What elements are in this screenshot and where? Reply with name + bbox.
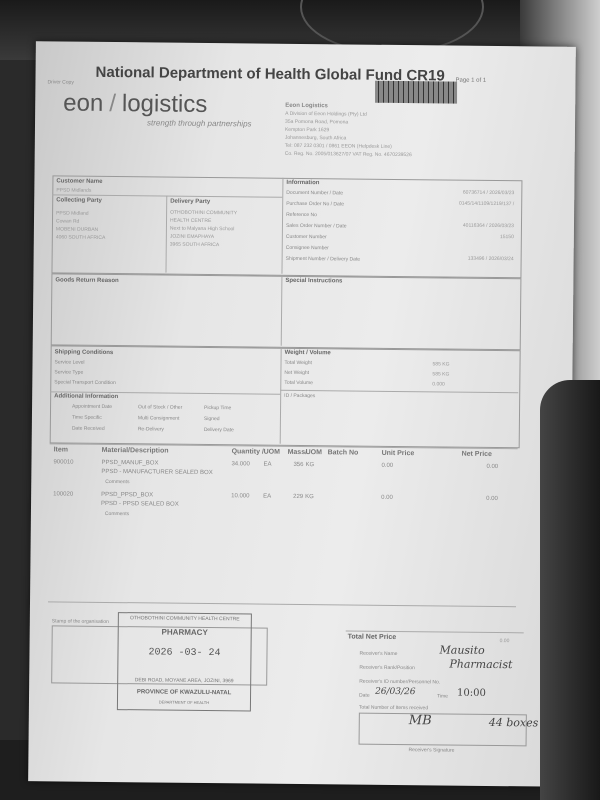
- column-header: UOM: [264, 449, 280, 456]
- column-header: Batch No: [328, 449, 359, 456]
- table-cell: PPSD_MANUF_BOX: [101, 460, 158, 467]
- net-weight: 585 KG: [432, 371, 449, 377]
- hand-holding-paper: [540, 380, 600, 800]
- additional-info-field: Multi Consignment: [138, 415, 179, 421]
- receiver-signature: MB: [409, 713, 432, 728]
- page-number: Page 1 of 1: [455, 78, 486, 84]
- pharmacy-stamp: OTHOBOTHINI COMMUNITY HEALTH CENTRE PHAR…: [117, 612, 252, 711]
- column-header: UOM: [306, 449, 322, 456]
- table-cell: 34.000: [231, 461, 249, 467]
- company-logo: eon/logistics: [63, 89, 207, 119]
- table-cell: 0.00: [381, 495, 393, 501]
- info-row-label: Customer Number: [286, 234, 327, 240]
- date-label: Date: [359, 693, 370, 699]
- receipt-time: 10:00: [457, 688, 486, 699]
- receiver-name-label: Receiver's Name: [359, 651, 397, 657]
- signature-label: Receiver's Signature: [408, 747, 454, 753]
- column-header: Mass/: [288, 449, 308, 456]
- logo-left: eon: [63, 89, 103, 116]
- total-items-label: Total Number of Items received: [359, 705, 428, 712]
- info-row-value: 60736714 / 2026/03/23: [414, 189, 514, 196]
- customer-name-label: Customer Name: [56, 178, 102, 184]
- table-cell: 0.00: [486, 496, 498, 502]
- additional-info-field: Pickup Time: [204, 405, 231, 411]
- additional-info-field: Re-Delivery: [138, 426, 164, 432]
- total-volume-label: Total Volume: [284, 380, 313, 386]
- collecting-party-label: Collecting Party: [56, 197, 102, 203]
- transport-condition-label: Special Transport Condition: [54, 379, 115, 386]
- table-cell: KG: [305, 462, 314, 468]
- info-row-value: 0145/14/1109/1219/137 /: [414, 200, 514, 207]
- total-items: 44 boxes: [489, 716, 539, 730]
- table-cell: 100020: [53, 491, 73, 497]
- table-cell: PPSD_PPSD_BOX: [101, 492, 153, 499]
- receipt-date: 26/03/26: [375, 687, 416, 697]
- total-weight: 585 KG: [432, 361, 449, 367]
- info-row-label: Consignee Number: [286, 245, 329, 251]
- column-header: Item: [54, 446, 68, 453]
- additional-info-label: Additional Information: [54, 393, 118, 400]
- net-weight-label: Net Weight: [284, 370, 309, 376]
- collecting-party-address: PPSD MidlandCowan RdMOBENI DURBAN4060 SO…: [56, 209, 106, 242]
- total-volume: 0.000: [432, 381, 445, 387]
- customer-name: PPSD Midlands: [56, 187, 91, 193]
- receiver-id-label: Receiver's ID number/Personnel No.: [359, 679, 440, 686]
- goods-return-block: [51, 273, 522, 350]
- service-type-label: Service Type: [54, 369, 83, 375]
- table-cell: KG: [305, 494, 314, 500]
- table-cell: 900010: [53, 459, 73, 465]
- receiver-rank: Pharmacist: [449, 658, 512, 672]
- column-header: Material/Description: [102, 447, 169, 455]
- column-header: Quantity /: [232, 448, 264, 455]
- receiver-name: Mausito: [439, 643, 484, 656]
- barcode: [375, 81, 457, 104]
- delivery-party-address: OTHOBOTHINI COMMUNITYHEALTH CENTRENext t…: [170, 209, 237, 250]
- logo-right: logistics: [122, 90, 208, 118]
- stamp-label: Stamp of the organisation: [52, 618, 109, 625]
- packages-label: ID / Packages: [284, 393, 315, 399]
- info-row-label: Document Number / Date: [286, 190, 343, 197]
- delivery-note: Driver Copy National Department of Healt…: [28, 41, 576, 787]
- table-cell: 0.00: [486, 464, 498, 470]
- address-line: Co. Reg. No. 2005/013627/07 VAT Reg. No.…: [285, 150, 412, 159]
- column-header: Unit Price: [382, 450, 415, 457]
- info-row-label: Sales Order Number / Date: [286, 223, 347, 230]
- total-net-price-label: Total Net Price: [348, 633, 397, 641]
- delivery-party-label: Delivery Party: [170, 199, 210, 205]
- info-row-value: 133496 / 2026/03/24: [414, 255, 514, 262]
- additional-info-field: Signed: [204, 416, 220, 422]
- info-row-label: Reference No: [286, 212, 317, 218]
- table-cell: EA: [263, 494, 271, 500]
- additional-info-field: Delivery Date: [204, 427, 234, 433]
- table-cell: 10.000: [231, 493, 249, 499]
- weight-volume-label: Weight / Volume: [285, 350, 331, 356]
- time-label: Time: [437, 693, 448, 699]
- item-comments: Comments: [105, 511, 129, 517]
- company-address: Eeon Logistics A Division of Eeon Holdin…: [285, 102, 413, 159]
- item-description: PPSD - MANUFACTURER SEALED BOX: [101, 469, 212, 476]
- table-cell: 229: [293, 494, 303, 500]
- column-header: Net Price: [462, 451, 492, 458]
- table-cell: 356: [293, 462, 303, 468]
- service-level-label: Service Level: [54, 359, 84, 365]
- total-weight-label: Total Weight: [285, 360, 312, 366]
- info-row-label: Shipment Number / Delivery Date: [286, 256, 361, 263]
- item-comments: Comments: [105, 479, 129, 485]
- item-description: PPSD - PPSD SEALED BOX: [101, 501, 179, 508]
- logo-tagline: strength through partnerships: [147, 118, 252, 128]
- additional-info-field: Time Specific: [72, 415, 102, 421]
- info-row-value: 15150: [414, 233, 514, 240]
- copy-label: Driver Copy: [47, 79, 73, 85]
- information-label: Information: [286, 180, 319, 186]
- info-row-value: 40116364 / 2026/03/23: [414, 222, 514, 229]
- shipping-conditions-label: Shipping Conditions: [55, 349, 114, 356]
- total-net-price: 0.00: [500, 638, 510, 644]
- additional-info-field: Appointment Date: [72, 404, 112, 410]
- info-row-label: Purchase Order No / Date: [286, 201, 344, 208]
- table-cell: 0.00: [381, 463, 393, 469]
- special-instructions-label: Special Instructions: [285, 278, 342, 285]
- additional-info-field: Date Received: [72, 426, 105, 432]
- goods-return-label: Goods Return Reason: [55, 277, 118, 284]
- table-cell: EA: [263, 462, 271, 468]
- receiver-rank-label: Receiver's Rank/Position: [359, 665, 414, 672]
- additional-info-field: Out of Stock / Other: [138, 404, 182, 410]
